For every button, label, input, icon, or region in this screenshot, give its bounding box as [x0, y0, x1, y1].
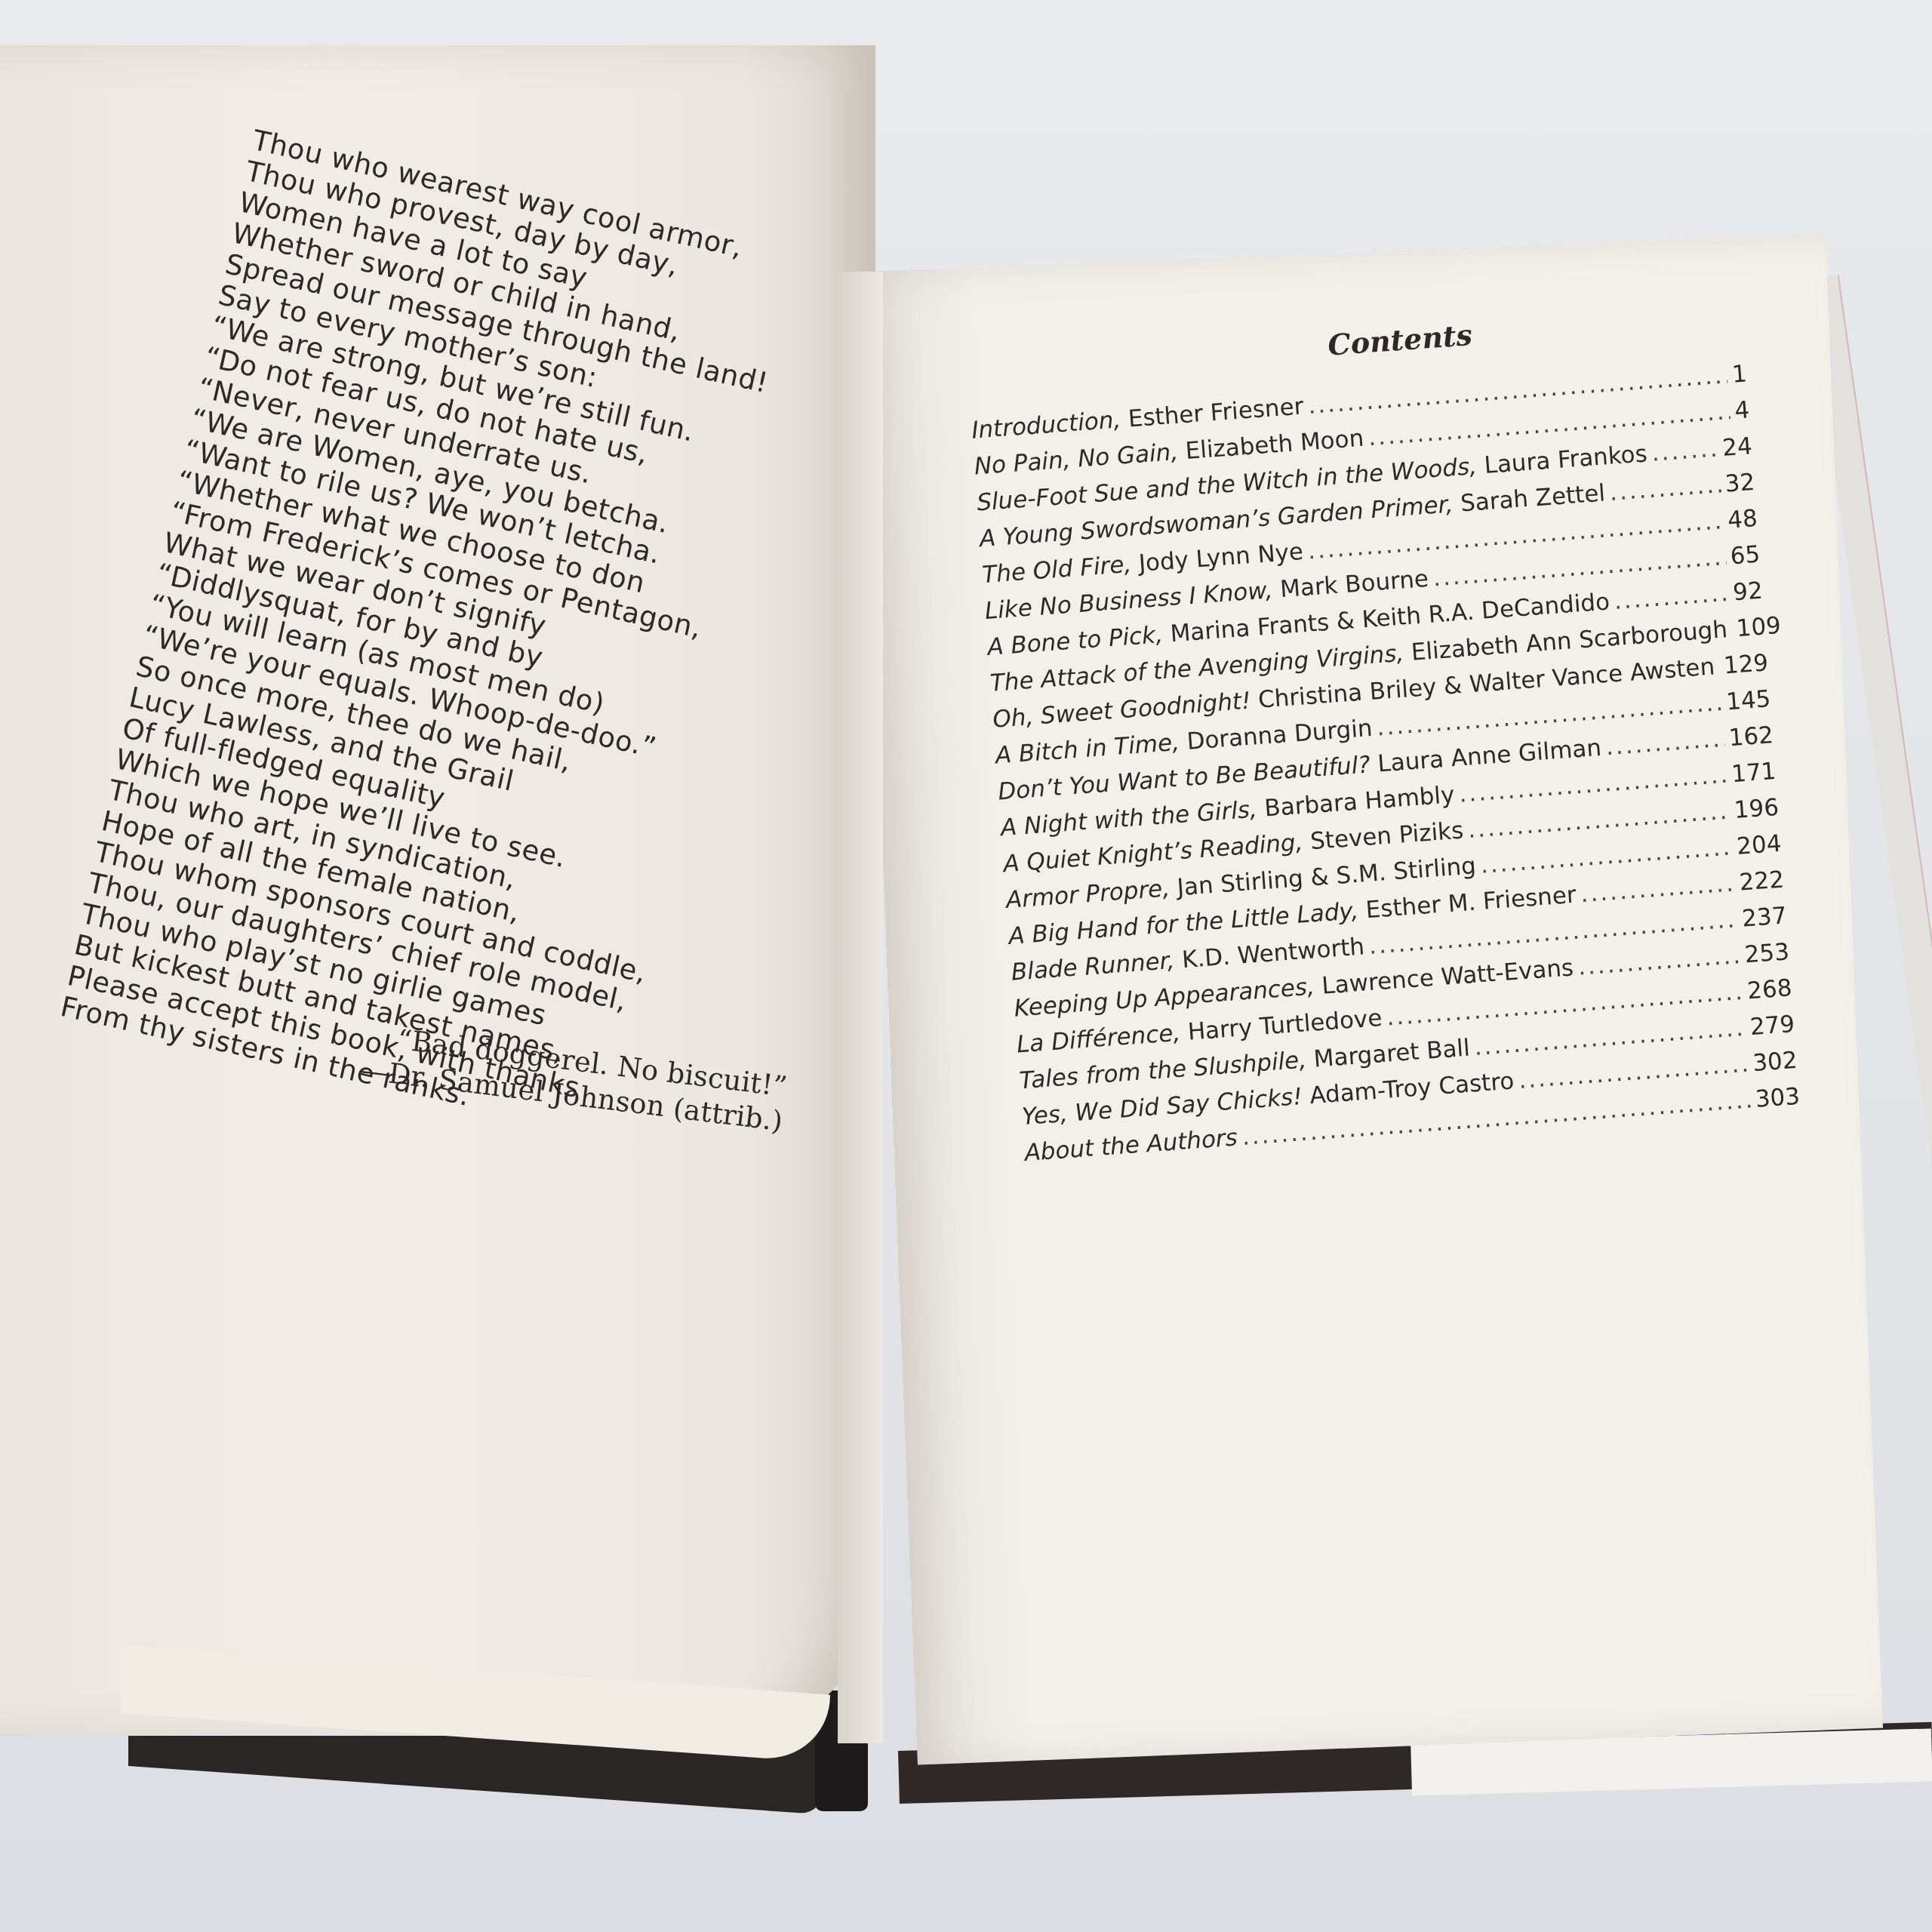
- page-number: 145: [1725, 684, 1772, 717]
- page-number: 196: [1733, 792, 1780, 826]
- story-author: Barbara Hambly: [1263, 781, 1455, 822]
- page-number: 92: [1732, 576, 1764, 608]
- story-author: Esther M. Friesner: [1365, 881, 1577, 924]
- page-number: 24: [1721, 431, 1753, 463]
- story-title: Blade Runner,: [1011, 947, 1176, 986]
- page-number: 4: [1734, 395, 1751, 426]
- story-author: Harry Turtledove: [1187, 1004, 1383, 1046]
- leader-dots: [1718, 651, 1721, 681]
- table-of-contents: Contents Introduction, Esther Friesner1N…: [966, 298, 1801, 1175]
- page-number: 109: [1735, 611, 1782, 644]
- leader-dots: [1604, 724, 1725, 762]
- story-author: Steven Piziks: [1309, 817, 1465, 855]
- page-number: 253: [1743, 937, 1790, 970]
- story-title: No Pain, No Gain,: [974, 438, 1180, 481]
- story-author: Elizabeth Moon: [1185, 425, 1365, 465]
- page-number: 162: [1727, 720, 1774, 753]
- page-number: 237: [1741, 900, 1788, 934]
- leader-dots: [1580, 868, 1736, 909]
- page-number: 48: [1727, 503, 1758, 536]
- page-number: 303: [1754, 1081, 1801, 1115]
- story-title: Armor Propre,: [1005, 875, 1171, 914]
- leader-dots: [1577, 940, 1741, 983]
- story-author: K.D. Wentworth: [1181, 933, 1365, 974]
- story-title: The Old Fire,: [981, 551, 1132, 589]
- page-number: 32: [1724, 467, 1755, 500]
- story-author: Laura Frankos: [1483, 440, 1648, 479]
- story-title: La Différence,: [1016, 1020, 1182, 1059]
- contents-list: Introduction, Esther Friesner1No Pain, N…: [971, 358, 1801, 1168]
- page-number: 268: [1746, 973, 1793, 1006]
- page-number: 65: [1729, 540, 1761, 572]
- leader-dots: [1608, 469, 1721, 508]
- story-title: A Bitch in Time,: [995, 729, 1180, 770]
- leader-dots: [1651, 433, 1719, 468]
- story-author: Mark Bourne: [1279, 565, 1429, 603]
- page-number: 204: [1736, 829, 1783, 862]
- story-title: About the Authors: [1023, 1124, 1238, 1167]
- story-author: Jody Lynn Nye: [1138, 538, 1305, 577]
- story-author: Esther Friesner: [1128, 392, 1305, 432]
- story-author: Margaret Ball: [1313, 1035, 1471, 1073]
- page-number: 222: [1738, 865, 1785, 898]
- page-number: 279: [1749, 1009, 1795, 1042]
- story-author: Doranna Durgin: [1186, 715, 1373, 755]
- story-author: Adam-Troy Castro: [1309, 1067, 1515, 1109]
- leader-dots: [1730, 614, 1733, 645]
- page-number: 171: [1730, 756, 1777, 789]
- page-number: 129: [1723, 648, 1770, 681]
- story-author: Sarah Zettel: [1460, 480, 1606, 518]
- story-title: Introduction,: [971, 406, 1121, 444]
- leader-dots: [1613, 578, 1730, 617]
- story-title: A Bone to Pick,: [986, 621, 1164, 661]
- page-number: 1: [1730, 358, 1748, 389]
- book-gutter: [838, 272, 883, 1743]
- page-number: 302: [1752, 1045, 1798, 1078]
